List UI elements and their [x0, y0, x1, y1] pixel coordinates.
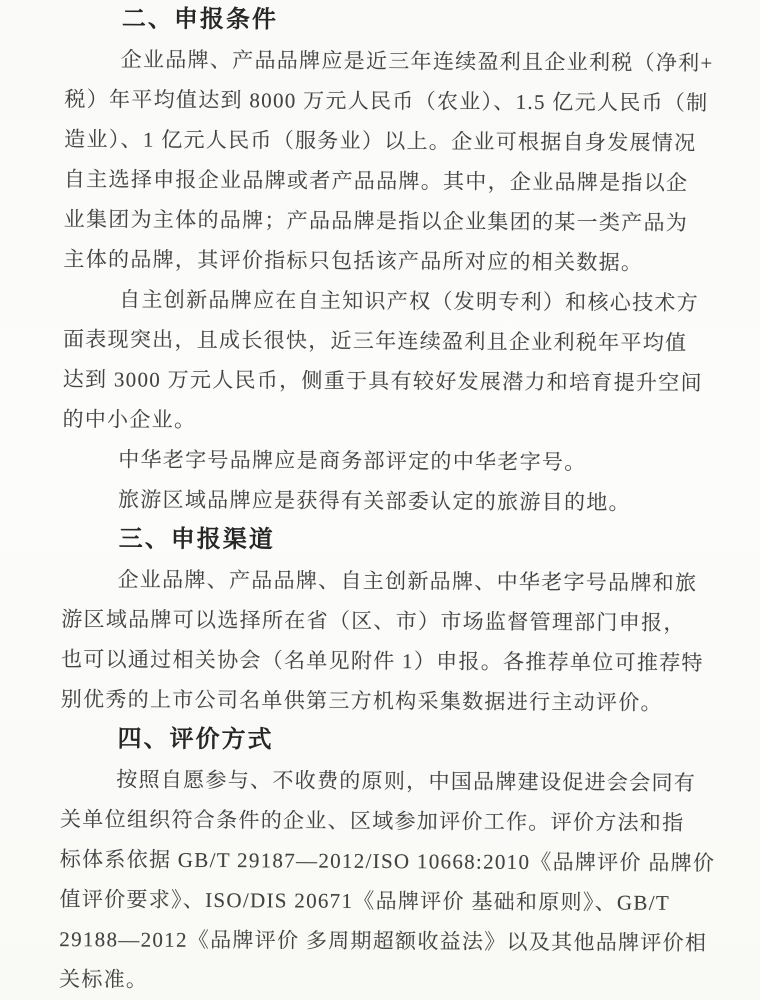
text-line: 也可以通过相关协会（名单见附件 1）申报。各推荐单位可推荐特 — [61, 639, 683, 683]
section-heading-evaluation-method: 四、评价方式 — [60, 719, 682, 763]
text-line: 旅游区域品牌应是获得有关部委认定的旅游目的地。 — [62, 479, 684, 523]
document-content: 二、申报条件 企业品牌、产品品牌应是近三年连续盈利且企业利税（净利+ 税）年平均… — [59, 0, 687, 1000]
text-line: 值评价要求》、ISO/DIS 20671《品牌评价 基础和原则》、GB/T — [59, 879, 681, 923]
text-line: 税）年平均值达到 8000 万元人民币（农业）、1.5 亿元人民币（制 — [64, 79, 686, 123]
text-line: 29188—2012《品牌评价 多周期超额收益法》以及其他品牌评价相 — [59, 919, 681, 963]
text-line: 企业品牌、产品品牌、自主创新品牌、中华老字号品牌和旅 — [61, 559, 683, 603]
text-line: 达到 3000 万元人民币，侧重于具有较好发展潜力和培育提升空间 — [63, 359, 685, 403]
text-line: 中华老字号品牌应是商务部评定的中华老字号。 — [62, 439, 684, 483]
section-heading-application-channels: 三、申报渠道 — [62, 519, 684, 563]
text-line: 造业）、1 亿元人民币（服务业）以上。企业可根据自身发展情况 — [64, 119, 686, 163]
text-line: 按照自愿参与、不收费的原则，中国品牌建设促进会会同有 — [60, 759, 682, 803]
text-line: 自主选择申报企业品牌或者产品品牌。其中，企业品牌是指以企 — [64, 159, 686, 203]
section-heading-application-conditions: 二、申报条件 — [65, 0, 687, 43]
text-line: 自主创新品牌应在自主知识产权（发明专利）和核心技术方 — [63, 279, 685, 323]
text-line: 别优秀的上市公司名单供第三方机构采集数据进行主动评价。 — [61, 679, 683, 723]
text-line: 主体的品牌，其评价指标只包括该产品所对应的相关数据。 — [63, 239, 685, 283]
text-line: 标体系依据 GB/T 29187—2012/ISO 10668:2010《品牌评… — [60, 839, 682, 883]
text-line: 游区域品牌可以选择所在省（区、市）市场监督管理部门申报， — [61, 599, 683, 643]
text-line: 的中小企业。 — [62, 399, 684, 443]
text-line: 关标准。 — [59, 959, 681, 1000]
text-line: 面表现突出，且成长很快，近三年连续盈利且企业利税年平均值 — [63, 319, 685, 363]
scanned-document-page: 二、申报条件 企业品牌、产品品牌应是近三年连续盈利且企业利税（净利+ 税）年平均… — [0, 0, 760, 1000]
text-line: 企业品牌、产品品牌应是近三年连续盈利且企业利税（净利+ — [65, 39, 687, 83]
text-line: 业集团为主体的品牌；产品品牌是指以企业集团的某一类产品为 — [64, 199, 686, 243]
text-line: 关单位组织符合条件的企业、区域参加评价工作。评价方法和指 — [60, 799, 682, 843]
